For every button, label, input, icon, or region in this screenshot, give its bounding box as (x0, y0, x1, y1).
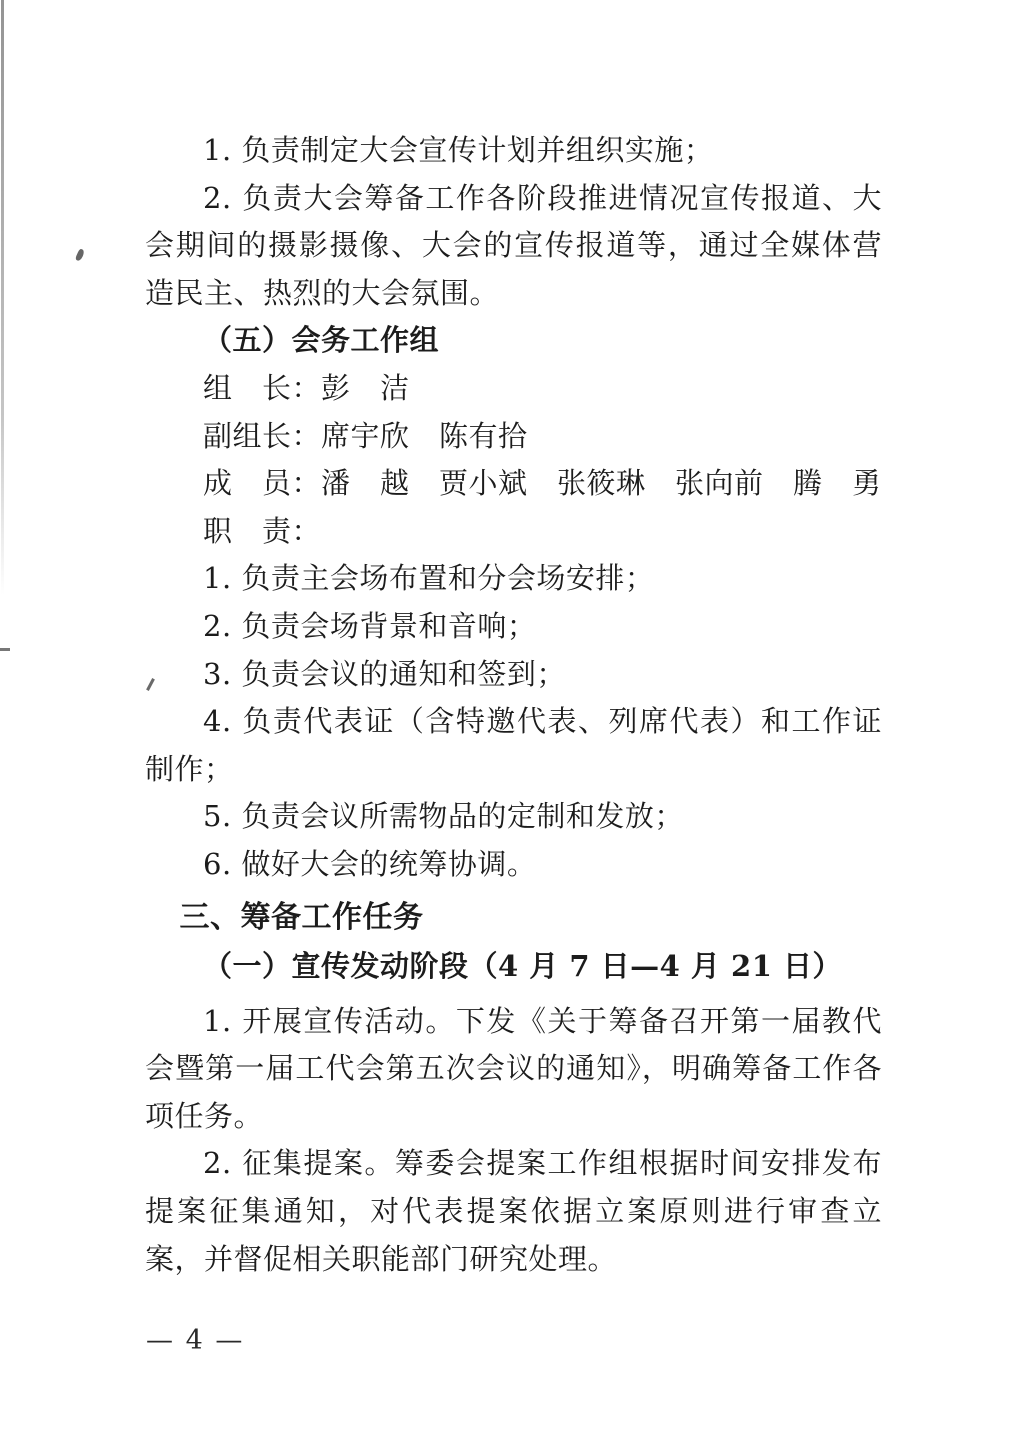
list-item: 2. 负责会场背景和音响； (145, 603, 882, 651)
subsection-heading: （五）会务工作组 (145, 317, 882, 365)
list-item: 1. 负责制定大会宣传计划并组织实施； (145, 127, 882, 175)
document-page: 1. 负责制定大会宣传计划并组织实施； 2. 负责大会筹备工作各阶段推进情况宣传… (0, 0, 1024, 1445)
list-item: 3. 负责会议的通知和签到； (145, 651, 882, 699)
page-number: — 4 — (146, 1325, 244, 1356)
scan-speck-artifact (0, 648, 10, 651)
role-line-leader: 组 长：彭 洁 (145, 365, 882, 413)
list-item: 1. 负责主会场布置和分会场安排； (145, 555, 882, 603)
role-line-deputy-leaders: 副组长：席宇欣 陈有拾 (145, 413, 882, 461)
role-line-members: 成 员：潘 越 贾小斌 张筱琳 张向前 腾 勇 (145, 460, 882, 508)
scan-speck-artifact (75, 248, 85, 261)
role-line-duties: 职 责： (145, 508, 882, 556)
list-item: 5. 负责会议所需物品的定制和发放； (145, 793, 882, 841)
subsection-heading: （一）宣传发动阶段（4 月 7 日—4 月 21 日） (145, 943, 882, 991)
section-heading: 三、筹备工作任务 (145, 894, 882, 942)
list-item: 4. 负责代表证（含特邀代表、列席代表）和工作证制作； (145, 698, 882, 793)
paragraph: 1. 开展宣传活动。下发《关于筹备召开第一届教代会暨第一届工代会第五次会议的通知… (145, 998, 882, 1141)
list-item: 6. 做好大会的统筹协调。 (145, 841, 882, 889)
paragraph: 2. 负责大会筹备工作各阶段推进情况宣传报道、大会期间的摄影摄像、大会的宣传报道… (145, 175, 882, 318)
scan-edge-artifact (1, 0, 4, 595)
document-body: 1. 负责制定大会宣传计划并组织实施； 2. 负责大会筹备工作各阶段推进情况宣传… (145, 127, 882, 1283)
paragraph: 2. 征集提案。筹委会提案工作组根据时间安排发布提案征集通知，对代表提案依据立案… (145, 1140, 882, 1283)
